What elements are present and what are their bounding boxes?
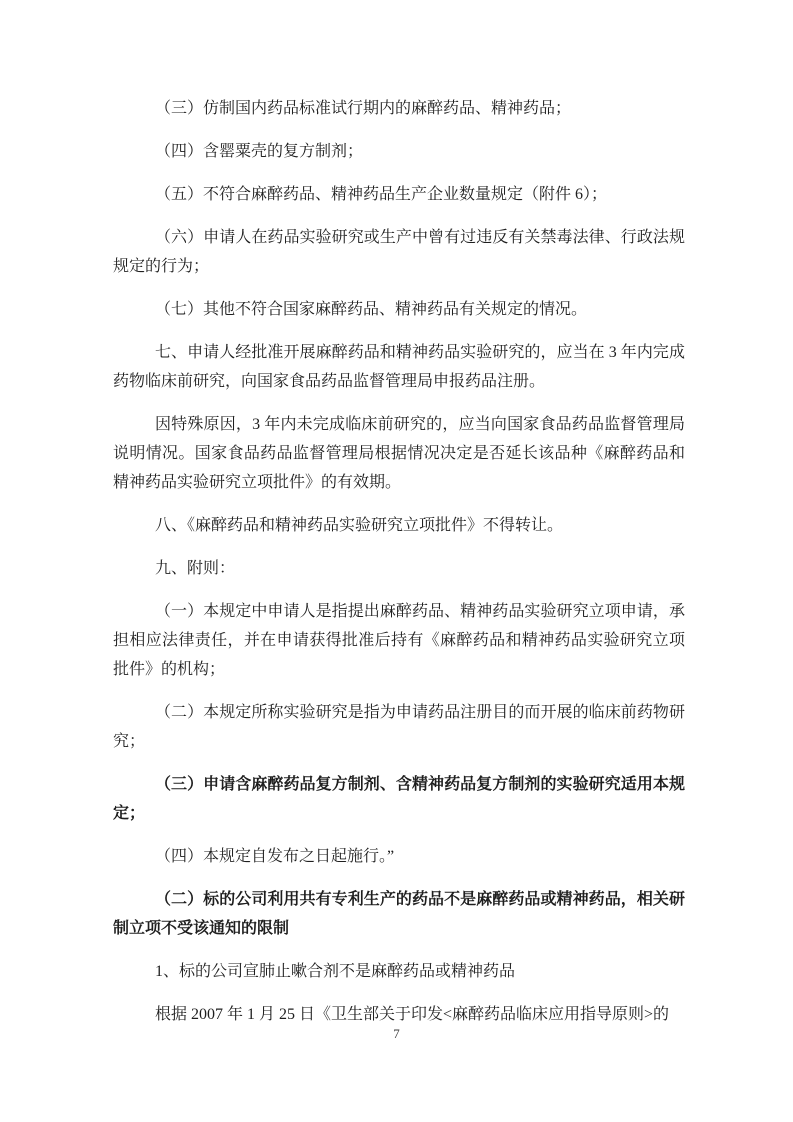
paragraph-point-1: 1、标的公司宣肺止嗽合剂不是麻醉药品或精神药品 [113,957,685,986]
heading-section-2-bold: （二）标的公司利用共有专利生产的药品不是麻醉药品或精神药品，相关研制立项不受该通… [113,885,685,943]
paragraph-item-5-shuliang: （五）不符合麻醉药品、精神药品生产企业数量规定（附件 6）； [113,180,685,209]
paragraph-article-8: 八、《麻醉药品和精神药品实验研究立项批件》不得转让。 [113,511,685,540]
paragraph-annex-3-bold: （三）申请含麻醉药品复方制剂、含精神药品复方制剂的实验研究适用本规定； [113,770,685,828]
paragraph-article-9: 九、附则： [113,554,685,583]
paragraph-special-reason: 因特殊原因，3 年内未完成临床前研究的，应当向国家食品药品监督管理局说明情况。国… [113,410,685,497]
paragraph-article-7: 七、申请人经批准开展麻醉药品和精神药品实验研究的，应当在 3 年内完成药物临床前… [113,338,685,396]
paragraph-annex-1: （一）本规定中申请人是指提出麻醉药品、精神药品实验研究立项申请，承担相应法律责任… [113,597,685,684]
paragraph-genju-2007: 根据 2007 年 1 月 25 日《卫生部关于印发<麻醉药品临床应用指导原则>… [113,1000,685,1029]
document-page: （三）仿制国内药品标准试行期内的麻醉药品、精神药品； （四）含罂粟壳的复方制剂；… [0,0,793,1122]
paragraph-item-3-fangzhi: （三）仿制国内药品标准试行期内的麻醉药品、精神药品； [113,94,685,123]
paragraph-item-4-fufang: （四）含罂粟壳的复方制剂； [113,137,685,166]
paragraph-annex-2: （二）本规定所称实验研究是指为申请药品注册目的而开展的临床前药物研究； [113,698,685,756]
page-number: 7 [0,1026,793,1042]
document-body: （三）仿制国内药品标准试行期内的麻醉药品、精神药品； （四）含罂粟壳的复方制剂；… [113,94,685,1043]
paragraph-item-6-weifan: （六）申请人在药品实验研究或生产中曾有过违反有关禁毒法律、行政法规规定的行为； [113,223,685,281]
paragraph-annex-4: （四）本规定自发布之日起施行。” [113,842,685,871]
paragraph-item-7-qita: （七）其他不符合国家麻醉药品、精神药品有关规定的情况。 [113,295,685,324]
